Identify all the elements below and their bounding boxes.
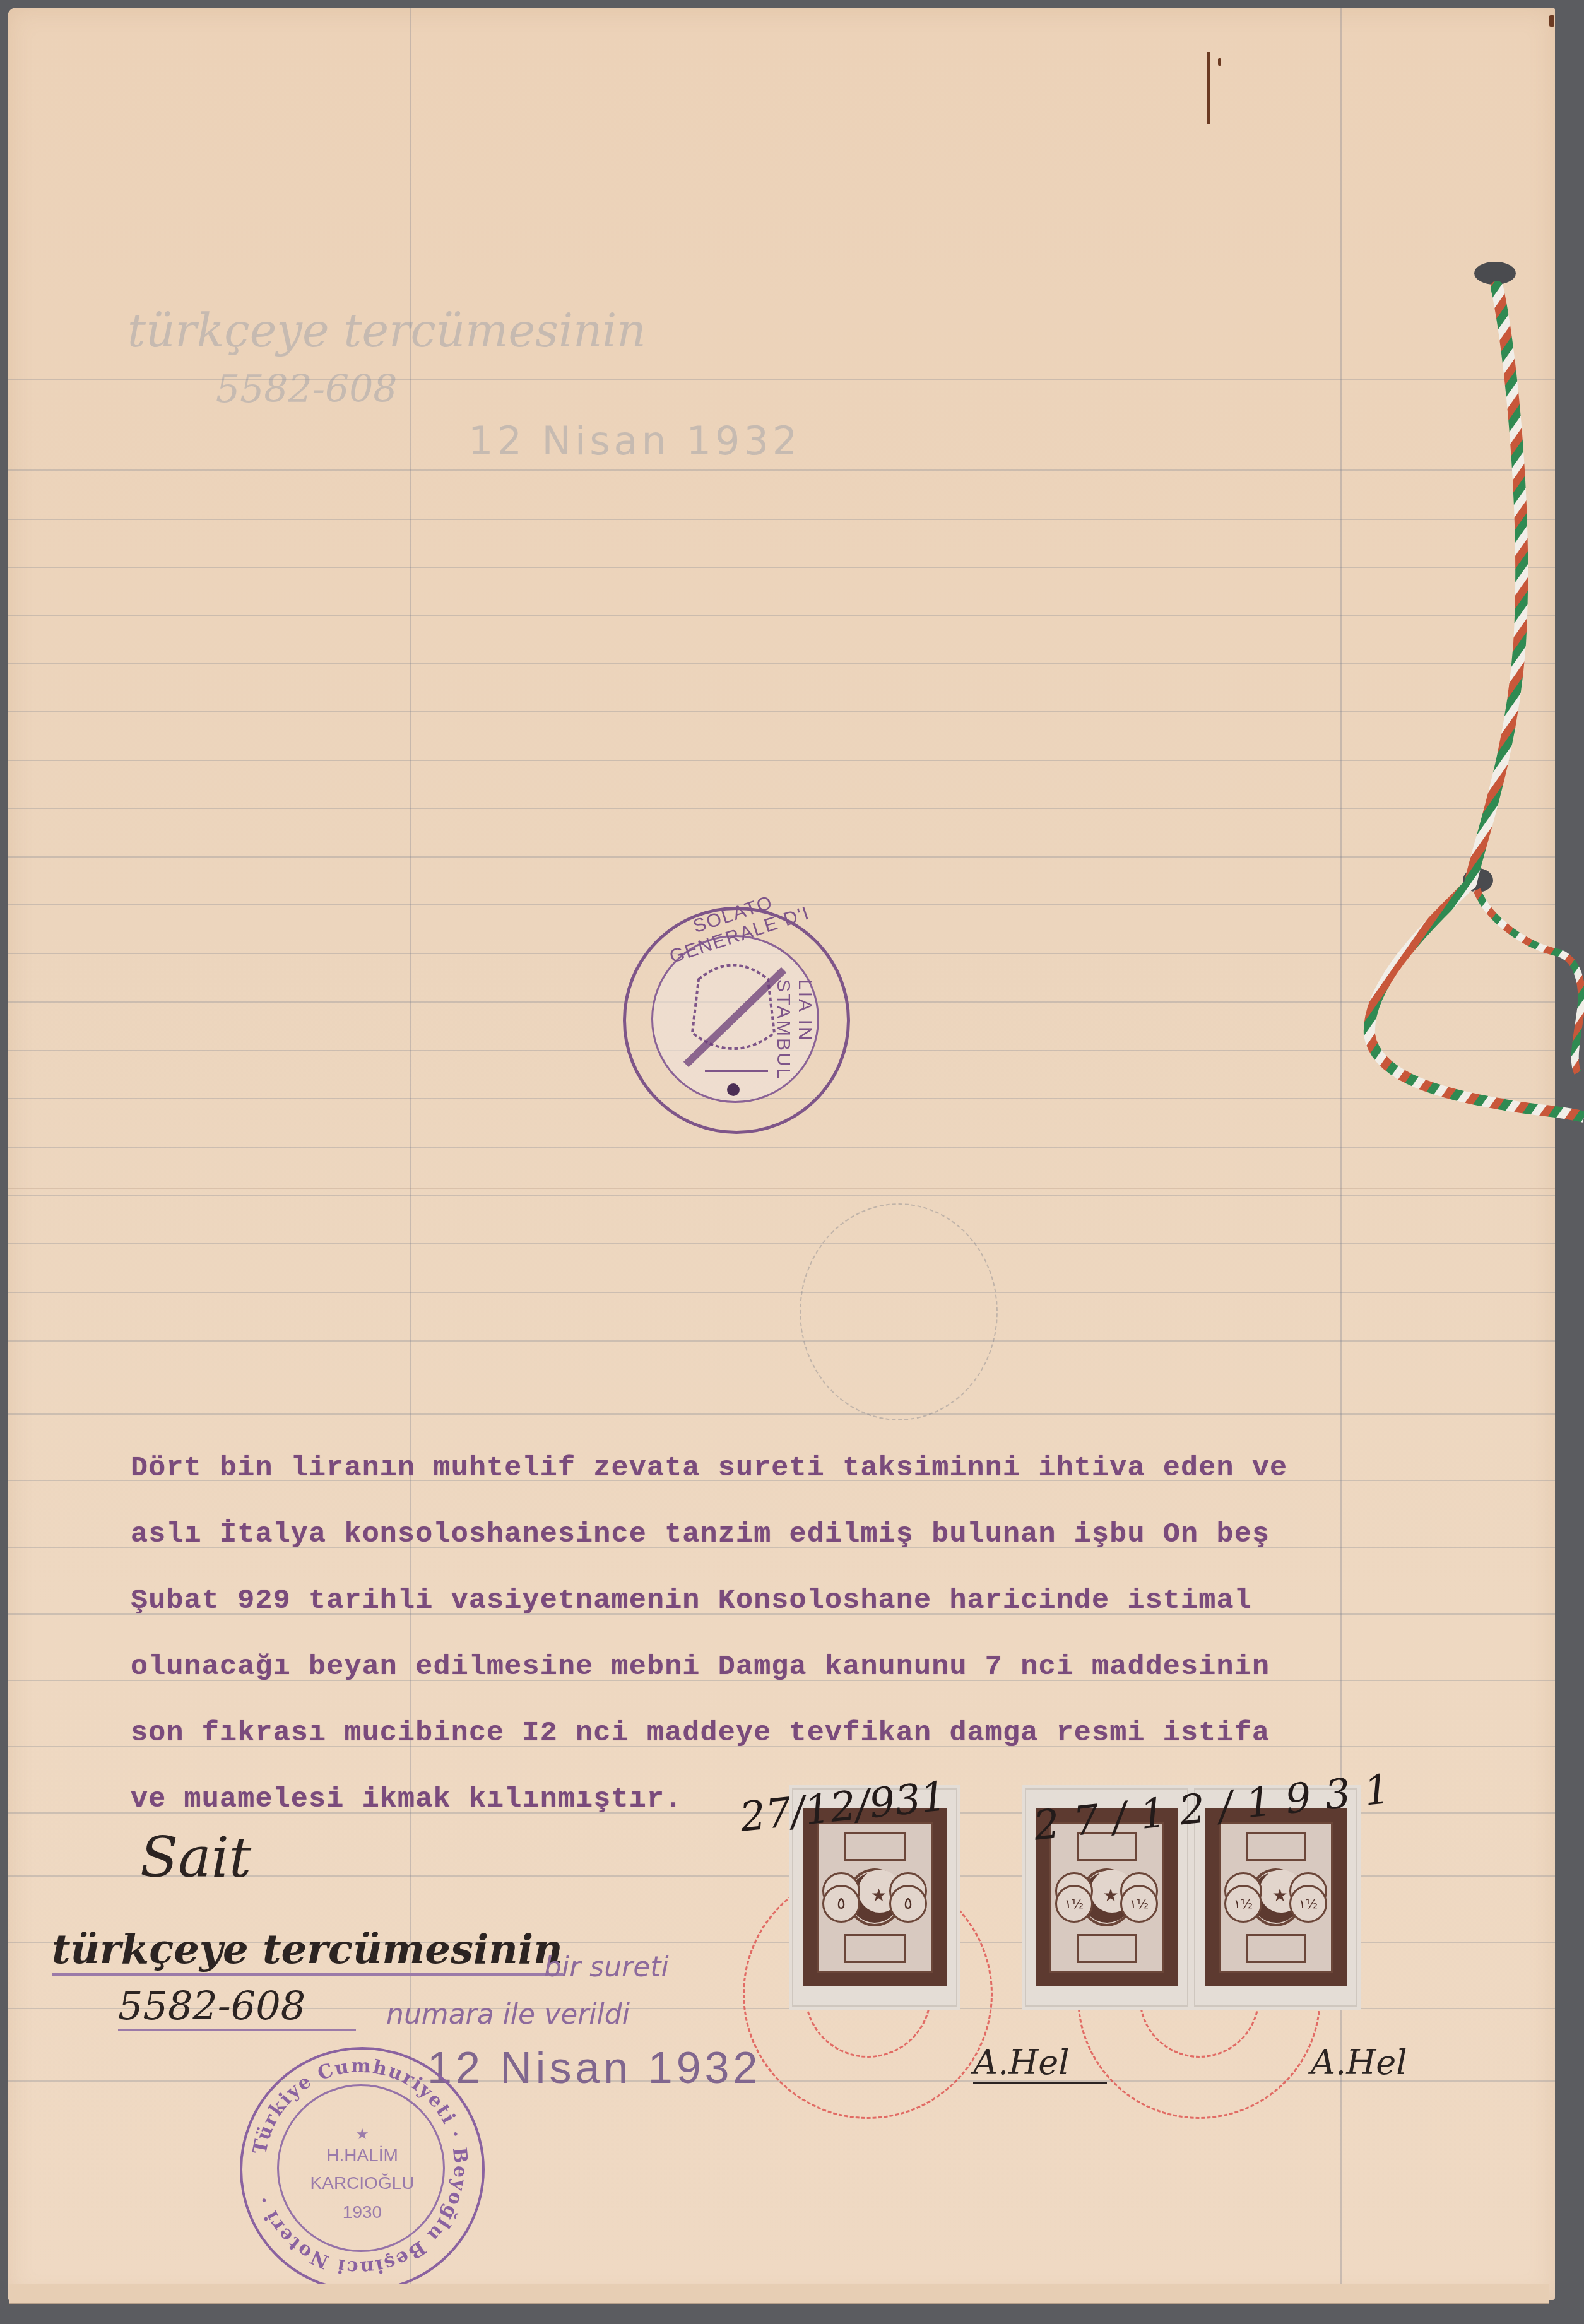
consulate-seal-text-right: LIA IN STAMBUL bbox=[777, 979, 815, 1131]
notary-seal: Türkiye Cumhuriyeti · Beyoğlu Beşinci No… bbox=[240, 2047, 485, 2292]
page-underlayer bbox=[9, 2284, 1549, 2304]
notary-star-icon: ★ bbox=[242, 2125, 482, 2144]
initials-signature: A.Hel bbox=[973, 2043, 1107, 2084]
ink-mark bbox=[1207, 52, 1210, 124]
typed-line: aslı İtalya konsoloshanesince tanzim edi… bbox=[131, 1501, 1380, 1567]
typed-line: Şubat 929 tarihli vasiyetnamenin Konsolo… bbox=[131, 1567, 1380, 1634]
consulate-seal: SOLATO GENERALE D'I LIA IN STAMBUL bbox=[623, 907, 850, 1134]
typed-line: son fıkrası mucibince I2 nci maddeye tev… bbox=[131, 1700, 1380, 1766]
typed-body: Dört bin liranın muhtelif zevata sureti … bbox=[131, 1435, 1380, 1832]
svg-text:Türkiye Cumhuriyeti · Beyoğlu: Türkiye Cumhuriyeti · Beyoğlu Beşinci No… bbox=[249, 2055, 471, 2279]
notary-name-line-2: KARCIOĞLU bbox=[242, 2173, 482, 2193]
ink-mark bbox=[1218, 58, 1221, 66]
faint-pencil-circle bbox=[800, 1203, 998, 1420]
handwritten-translation-label: türkçeye tercümesinin bbox=[52, 1926, 563, 1976]
notary-seal-ring-text: Türkiye Cumhuriyeti · Beyoğlu Beşinci No… bbox=[240, 2047, 480, 2287]
ink-mark bbox=[1549, 15, 1554, 27]
document-page: türkçeye tercümesinin 5582-608 12 Nisan … bbox=[8, 8, 1555, 2300]
signature-sait: Sait bbox=[140, 1825, 251, 1890]
typed-line: olunacağı beyan edilmesine mebni Damga k… bbox=[131, 1634, 1380, 1700]
star-icon: ★ bbox=[1272, 1885, 1288, 1906]
stamped-numara-ile-verildi: numara ile verildi bbox=[386, 1998, 630, 2031]
star-icon: ★ bbox=[1103, 1885, 1119, 1906]
ghost-date-stamp: 12 Nisan 1932 bbox=[468, 418, 801, 464]
stamped-bir-sureti: bir sureti bbox=[544, 1951, 669, 1983]
initials-signature: A.Hel bbox=[1311, 2043, 1407, 2082]
ghost-number: 5582-608 bbox=[216, 367, 398, 411]
typed-line: Dört bin liranın muhtelif zevata sureti … bbox=[131, 1435, 1380, 1501]
ghost-handwriting: türkçeye tercümesinin bbox=[127, 304, 646, 357]
binding-hole-bottom bbox=[1463, 868, 1493, 892]
notary-name-line-1: H.HALİM bbox=[242, 2145, 482, 2166]
notary-year: 1930 bbox=[242, 2202, 482, 2222]
handwritten-register-number: 5582-608 bbox=[118, 1983, 356, 2031]
binding-hole-top bbox=[1474, 262, 1516, 285]
star-icon: ★ bbox=[871, 1885, 887, 1906]
